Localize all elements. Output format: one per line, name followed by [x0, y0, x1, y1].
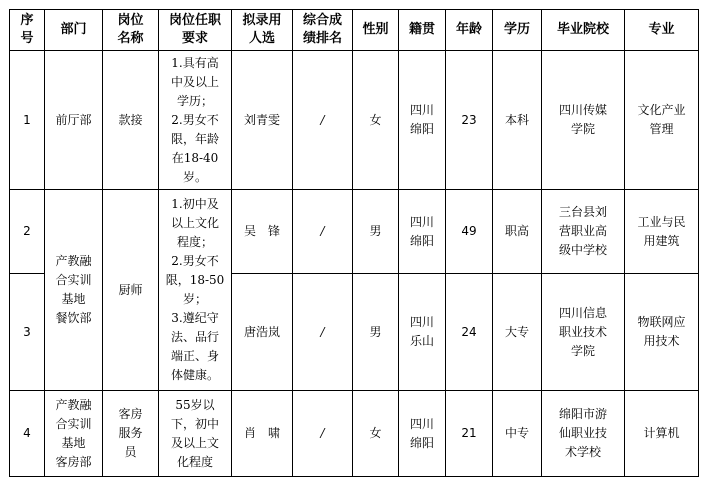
table-row: 1 前厅部 款接 1.具有高 中及以上 学历； 2.男女不 限，年龄 在18-4… — [10, 51, 699, 190]
cell-school: 三台县刘 营职业高 级中学校 — [542, 190, 625, 274]
cell-native-place: 四川 绵阳 — [399, 190, 446, 274]
cell-age: 23 — [446, 51, 493, 190]
cell-requirements: 55岁以 下，初中 及以上文 化程度 — [159, 391, 232, 477]
header-gender: 性别 — [353, 10, 399, 51]
cell-candidate: 肖 啸 — [232, 391, 293, 477]
header-age: 年龄 — [446, 10, 493, 51]
cell-major: 计算机 — [625, 391, 699, 477]
cell-ranking: / — [293, 190, 353, 274]
cell-requirements: 1.具有高 中及以上 学历； 2.男女不 限，年龄 在18-40 岁。 — [159, 51, 232, 190]
cell-department: 产教融 合实训 基地 餐饮部 — [45, 190, 103, 391]
cell-index: 4 — [10, 391, 45, 477]
cell-education: 中专 — [493, 391, 542, 477]
cell-gender: 女 — [353, 391, 399, 477]
cell-education: 本科 — [493, 51, 542, 190]
cell-department: 前厅部 — [45, 51, 103, 190]
hiring-roster-table: 序 号 部门 岗位 名称 岗位任职 要求 拟录用 人选 综合成 绩排名 性别 籍… — [9, 9, 699, 477]
cell-position: 厨师 — [103, 190, 159, 391]
cell-gender: 女 — [353, 51, 399, 190]
cell-school: 四川信息 职业技术 学院 — [542, 274, 625, 391]
cell-index: 2 — [10, 190, 45, 274]
cell-candidate: 刘青雯 — [232, 51, 293, 190]
cell-index: 3 — [10, 274, 45, 391]
header-education: 学历 — [493, 10, 542, 51]
cell-ranking: / — [293, 51, 353, 190]
cell-education: 职高 — [493, 190, 542, 274]
cell-gender: 男 — [353, 190, 399, 274]
header-native-place: 籍贯 — [399, 10, 446, 51]
cell-native-place: 四川 乐山 — [399, 274, 446, 391]
cell-major: 工业与民 用建筑 — [625, 190, 699, 274]
cell-index: 1 — [10, 51, 45, 190]
cell-position: 款接 — [103, 51, 159, 190]
cell-school: 四川传媒 学院 — [542, 51, 625, 190]
cell-position: 客房 服务 员 — [103, 391, 159, 477]
header-candidate: 拟录用 人选 — [232, 10, 293, 51]
header-position: 岗位 名称 — [103, 10, 159, 51]
table-row: 4 产教融 合实训 基地 客房部 客房 服务 员 55岁以 下，初中 及以上文 … — [10, 391, 699, 477]
header-row: 序 号 部门 岗位 名称 岗位任职 要求 拟录用 人选 综合成 绩排名 性别 籍… — [10, 10, 699, 51]
cell-ranking: / — [293, 391, 353, 477]
header-department: 部门 — [45, 10, 103, 51]
cell-education: 大专 — [493, 274, 542, 391]
cell-native-place: 四川 绵阳 — [399, 391, 446, 477]
header-ranking: 综合成 绩排名 — [293, 10, 353, 51]
cell-ranking: / — [293, 274, 353, 391]
cell-candidate: 唐浩岚 — [232, 274, 293, 391]
header-major: 专业 — [625, 10, 699, 51]
cell-gender: 男 — [353, 274, 399, 391]
cell-major: 物联网应 用技术 — [625, 274, 699, 391]
header-school: 毕业院校 — [542, 10, 625, 51]
cell-age: 24 — [446, 274, 493, 391]
cell-native-place: 四川 绵阳 — [399, 51, 446, 190]
cell-age: 21 — [446, 391, 493, 477]
table-row: 2 产教融 合实训 基地 餐饮部 厨师 1.初中及 以上文化 程度； 2.男女不… — [10, 190, 699, 274]
cell-age: 49 — [446, 190, 493, 274]
cell-major: 文化产业 管理 — [625, 51, 699, 190]
header-requirements: 岗位任职 要求 — [159, 10, 232, 51]
cell-candidate: 吴 锋 — [232, 190, 293, 274]
cell-school: 绵阳市游 仙职业技 术学校 — [542, 391, 625, 477]
header-index: 序 号 — [10, 10, 45, 51]
cell-department: 产教融 合实训 基地 客房部 — [45, 391, 103, 477]
cell-requirements: 1.初中及 以上文化 程度； 2.男女不 限，18-50 岁； 3.遵纪守 法、… — [159, 190, 232, 391]
